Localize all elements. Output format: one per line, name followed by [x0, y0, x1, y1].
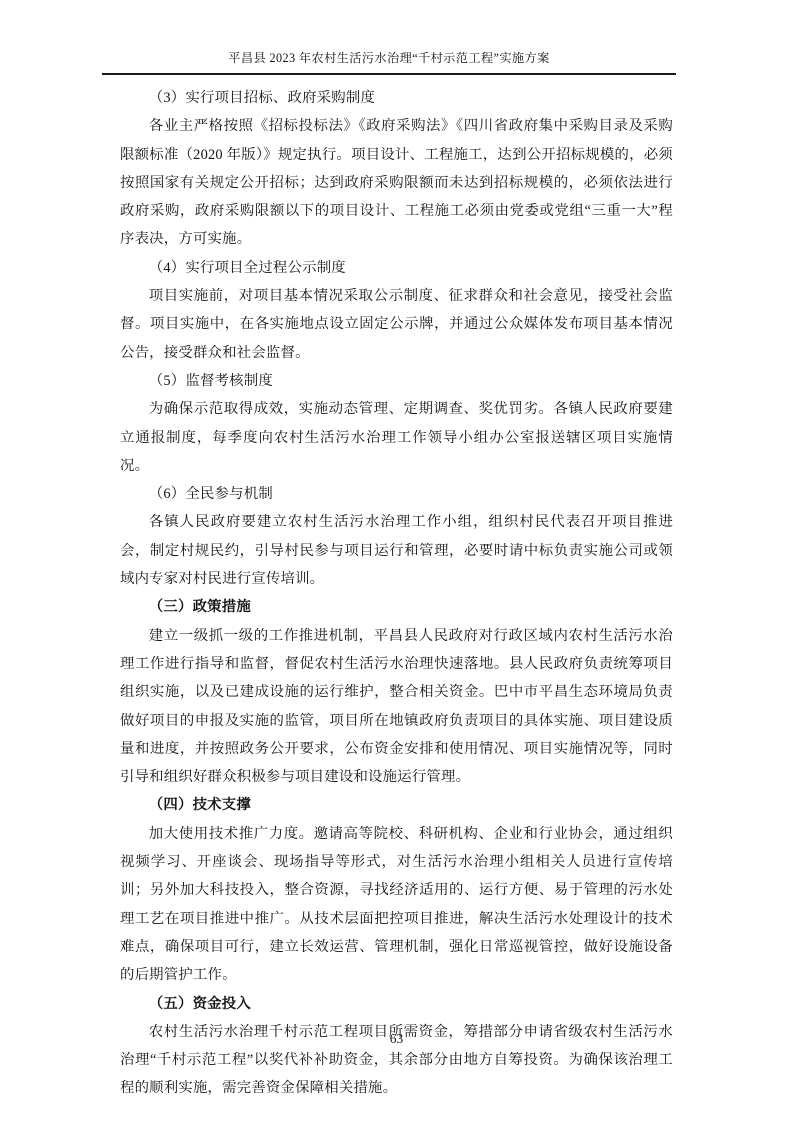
page-header: 平昌县 2023 年农村生活污水治理“千村示范工程”实施方案	[102, 0, 676, 75]
paragraph: 各业主严格按照《招标投标法》《政府采购法》《四川省政府集中采购目录及采购限额标准…	[120, 112, 673, 253]
section-heading: （五）资金投入	[120, 990, 673, 1018]
section-heading: （四）技术支撑	[120, 791, 673, 819]
section-heading: （5）监督考核制度	[120, 367, 673, 395]
paragraph: 为确保示范取得成效，实施动态管理、定期调查、奖优罚劣。各镇人民政府要建立通报制度…	[120, 395, 673, 480]
document-body: （3）实行项目招标、政府采购制度各业主严格按照《招标投标法》《政府采购法》《四川…	[120, 84, 673, 1103]
document-page: 平昌县 2023 年农村生活污水治理“千村示范工程”实施方案 （3）实行项目招标…	[0, 0, 793, 1122]
section-heading: （6）全民参与机制	[120, 480, 673, 508]
page-number: 63	[390, 1031, 404, 1046]
header-title: 平昌县 2023 年农村生活污水治理“千村示范工程”实施方案	[102, 51, 676, 73]
section-heading: （三）政策措施	[120, 593, 673, 621]
section-heading: （3）实行项目招标、政府采购制度	[120, 84, 673, 112]
paragraph: 各镇人民政府要建立农村生活污水治理工作小组，组织村民代表召开项目推进会，制定村规…	[120, 508, 673, 593]
page-footer: 63	[0, 1030, 793, 1048]
section-heading: （4）实行项目全过程公示制度	[120, 254, 673, 282]
paragraph: 项目实施前，对项目基本情况采取公示制度、征求群众和社会意见，接受社会监督。项目实…	[120, 282, 673, 367]
paragraph: 建立一级抓一级的工作推进机制，平昌县人民政府对行政区域内农村生活污水治理工作进行…	[120, 622, 673, 792]
paragraph: 加大使用技术推广力度。邀请高等院校、科研机构、企业和行业协会，通过组织视频学习、…	[120, 820, 673, 990]
